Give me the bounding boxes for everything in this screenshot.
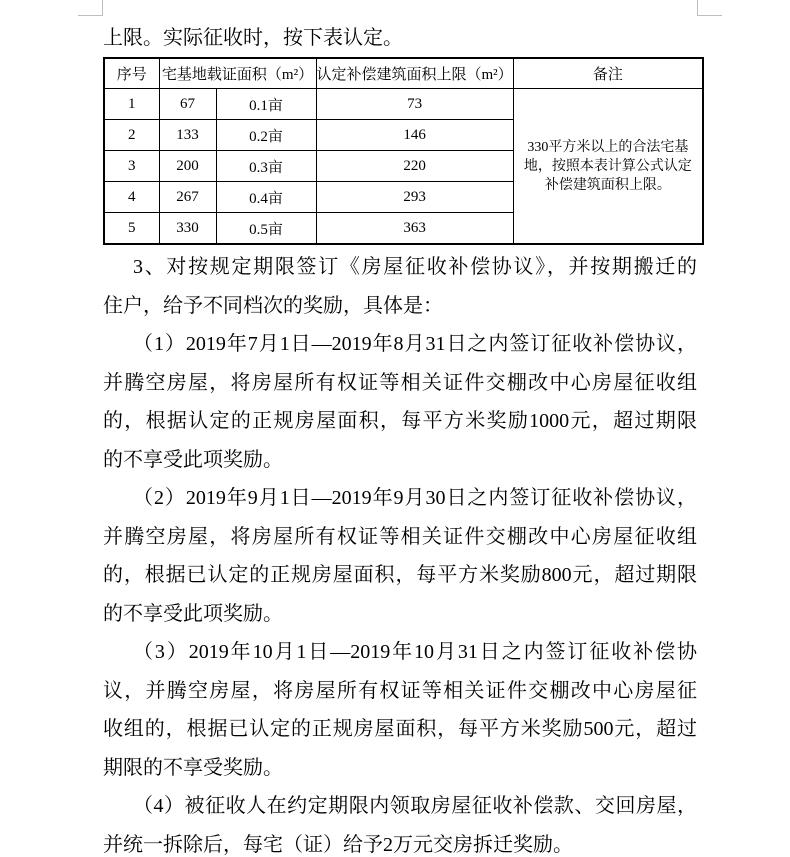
- header-index: 序号: [104, 58, 159, 89]
- paragraph: （1）2019年7月1日—2019年8月31日之内签订征收补偿协议， 并腾空房屋…: [103, 325, 697, 479]
- table-header-row: 序号 宅基地载证面积（m²） 认定补偿建筑面积上限（m²） 备注: [104, 58, 703, 89]
- header-remark: 备注: [513, 58, 703, 89]
- text-line: 收组的，根据已认定的正规房屋面积，每平方米奖励500元，超过: [103, 710, 697, 749]
- document-page: { "content": { "intro_line": "上限。实际征收时，按…: [0, 0, 790, 857]
- cell-area-mu: 0.4亩: [216, 182, 316, 213]
- paragraph: 3、对按规定期限签订《房屋征收补偿协议》，并按期搬迁的 住户，给予不同档次的奖励…: [103, 248, 697, 325]
- cell-area-m2: 267: [159, 182, 216, 213]
- text-line: 议，并腾空房屋，将房屋所有权证等相关证件交棚改中心房屋征: [103, 672, 697, 711]
- cell-area-mu: 0.3亩: [216, 151, 316, 182]
- compensation-table: 序号 宅基地载证面积（m²） 认定补偿建筑面积上限（m²） 备注 1 67 0.…: [103, 57, 704, 245]
- cell-limit: 146: [316, 120, 513, 151]
- text-line: 的，根据认定的正规房屋面积，每平方米奖励1000元，超过期限: [103, 402, 697, 441]
- text-line: 并腾空房屋，将房屋所有权证等相关证件交棚改中心房屋征收组: [103, 518, 697, 557]
- remark-note: 330平方米以上的合法宅基 地，按照本表计算公式认定 补偿建筑面积上限。: [513, 89, 703, 245]
- cell-index: 3: [104, 151, 159, 182]
- remark-line: 补偿建筑面积上限。: [514, 176, 703, 195]
- cell-area-mu: 0.5亩: [216, 213, 316, 245]
- cell-area-mu: 0.2亩: [216, 120, 316, 151]
- text-line: 住户，给予不同档次的奖励，具体是：: [103, 287, 697, 326]
- text-line: 期限的不享受奖励。: [103, 749, 697, 788]
- header-building-limit: 认定补偿建筑面积上限（m²）: [316, 58, 513, 89]
- text-line: 并统一拆除后，每宅（证）给予2万元交房拆迁奖励。: [103, 826, 697, 857]
- text-line: （2）2019年9月1日—2019年9月30日之内签订征收补偿协议，: [103, 479, 697, 518]
- page-margin-mark-top-right-vertical: [697, 0, 698, 15]
- cell-index: 5: [104, 213, 159, 245]
- page-margin-mark-top-left-horizontal: [78, 15, 103, 16]
- page-margin-mark-top-right-horizontal: [697, 15, 722, 16]
- cell-area-mu: 0.1亩: [216, 89, 316, 120]
- remark-line: 330平方米以上的合法宅基: [514, 138, 703, 157]
- body-text: 3、对按规定期限签订《房屋征收补偿协议》，并按期搬迁的 住户，给予不同档次的奖励…: [103, 248, 697, 857]
- text-line: （4）被征收人在约定期限内领取房屋征收补偿款、交回房屋，: [103, 787, 697, 826]
- paragraph: （2）2019年9月1日—2019年9月30日之内签订征收补偿协议， 并腾空房屋…: [103, 479, 697, 633]
- cell-area-m2: 67: [159, 89, 216, 120]
- paragraph: （4）被征收人在约定期限内领取房屋征收补偿款、交回房屋， 并统一拆除后，每宅（证…: [103, 787, 697, 857]
- cell-limit: 363: [316, 213, 513, 245]
- cell-limit: 293: [316, 182, 513, 213]
- text-line: （1）2019年7月1日—2019年8月31日之内签订征收补偿协议，: [103, 325, 697, 364]
- page-margin-mark-top-left-vertical: [102, 0, 103, 15]
- remark-line: 地，按照本表计算公式认定: [514, 157, 703, 176]
- cell-area-m2: 200: [159, 151, 216, 182]
- text-line: 3、对按规定期限签订《房屋征收补偿协议》，并按期搬迁的: [103, 248, 697, 287]
- text-line: 的不享受此项奖励。: [103, 441, 697, 480]
- text-line: 并腾空房屋，将房屋所有权证等相关证件交棚改中心房屋征收组: [103, 364, 697, 403]
- header-land-area: 宅基地载证面积（m²）: [159, 58, 316, 89]
- cell-area-m2: 330: [159, 213, 216, 245]
- cell-limit: 220: [316, 151, 513, 182]
- cell-index: 4: [104, 182, 159, 213]
- text-line: 的不享受此项奖励。: [103, 595, 697, 634]
- table-row: 1 67 0.1亩 73 330平方米以上的合法宅基 地，按照本表计算公式认定 …: [104, 89, 703, 120]
- text-line: 的，根据已认定的正规房屋面积，每平方米奖励800元，超过期限: [103, 556, 697, 595]
- paragraph: （3）2019年10月1日—2019年10月31日之内签订征收补偿协 议，并腾空…: [103, 633, 697, 787]
- cell-index: 2: [104, 120, 159, 151]
- cell-index: 1: [104, 89, 159, 120]
- cell-limit: 73: [316, 89, 513, 120]
- text-line: （3）2019年10月1日—2019年10月31日之内签订征收补偿协: [103, 633, 697, 672]
- intro-line: 上限。实际征收时，按下表认定。: [103, 26, 403, 50]
- cell-area-m2: 133: [159, 120, 216, 151]
